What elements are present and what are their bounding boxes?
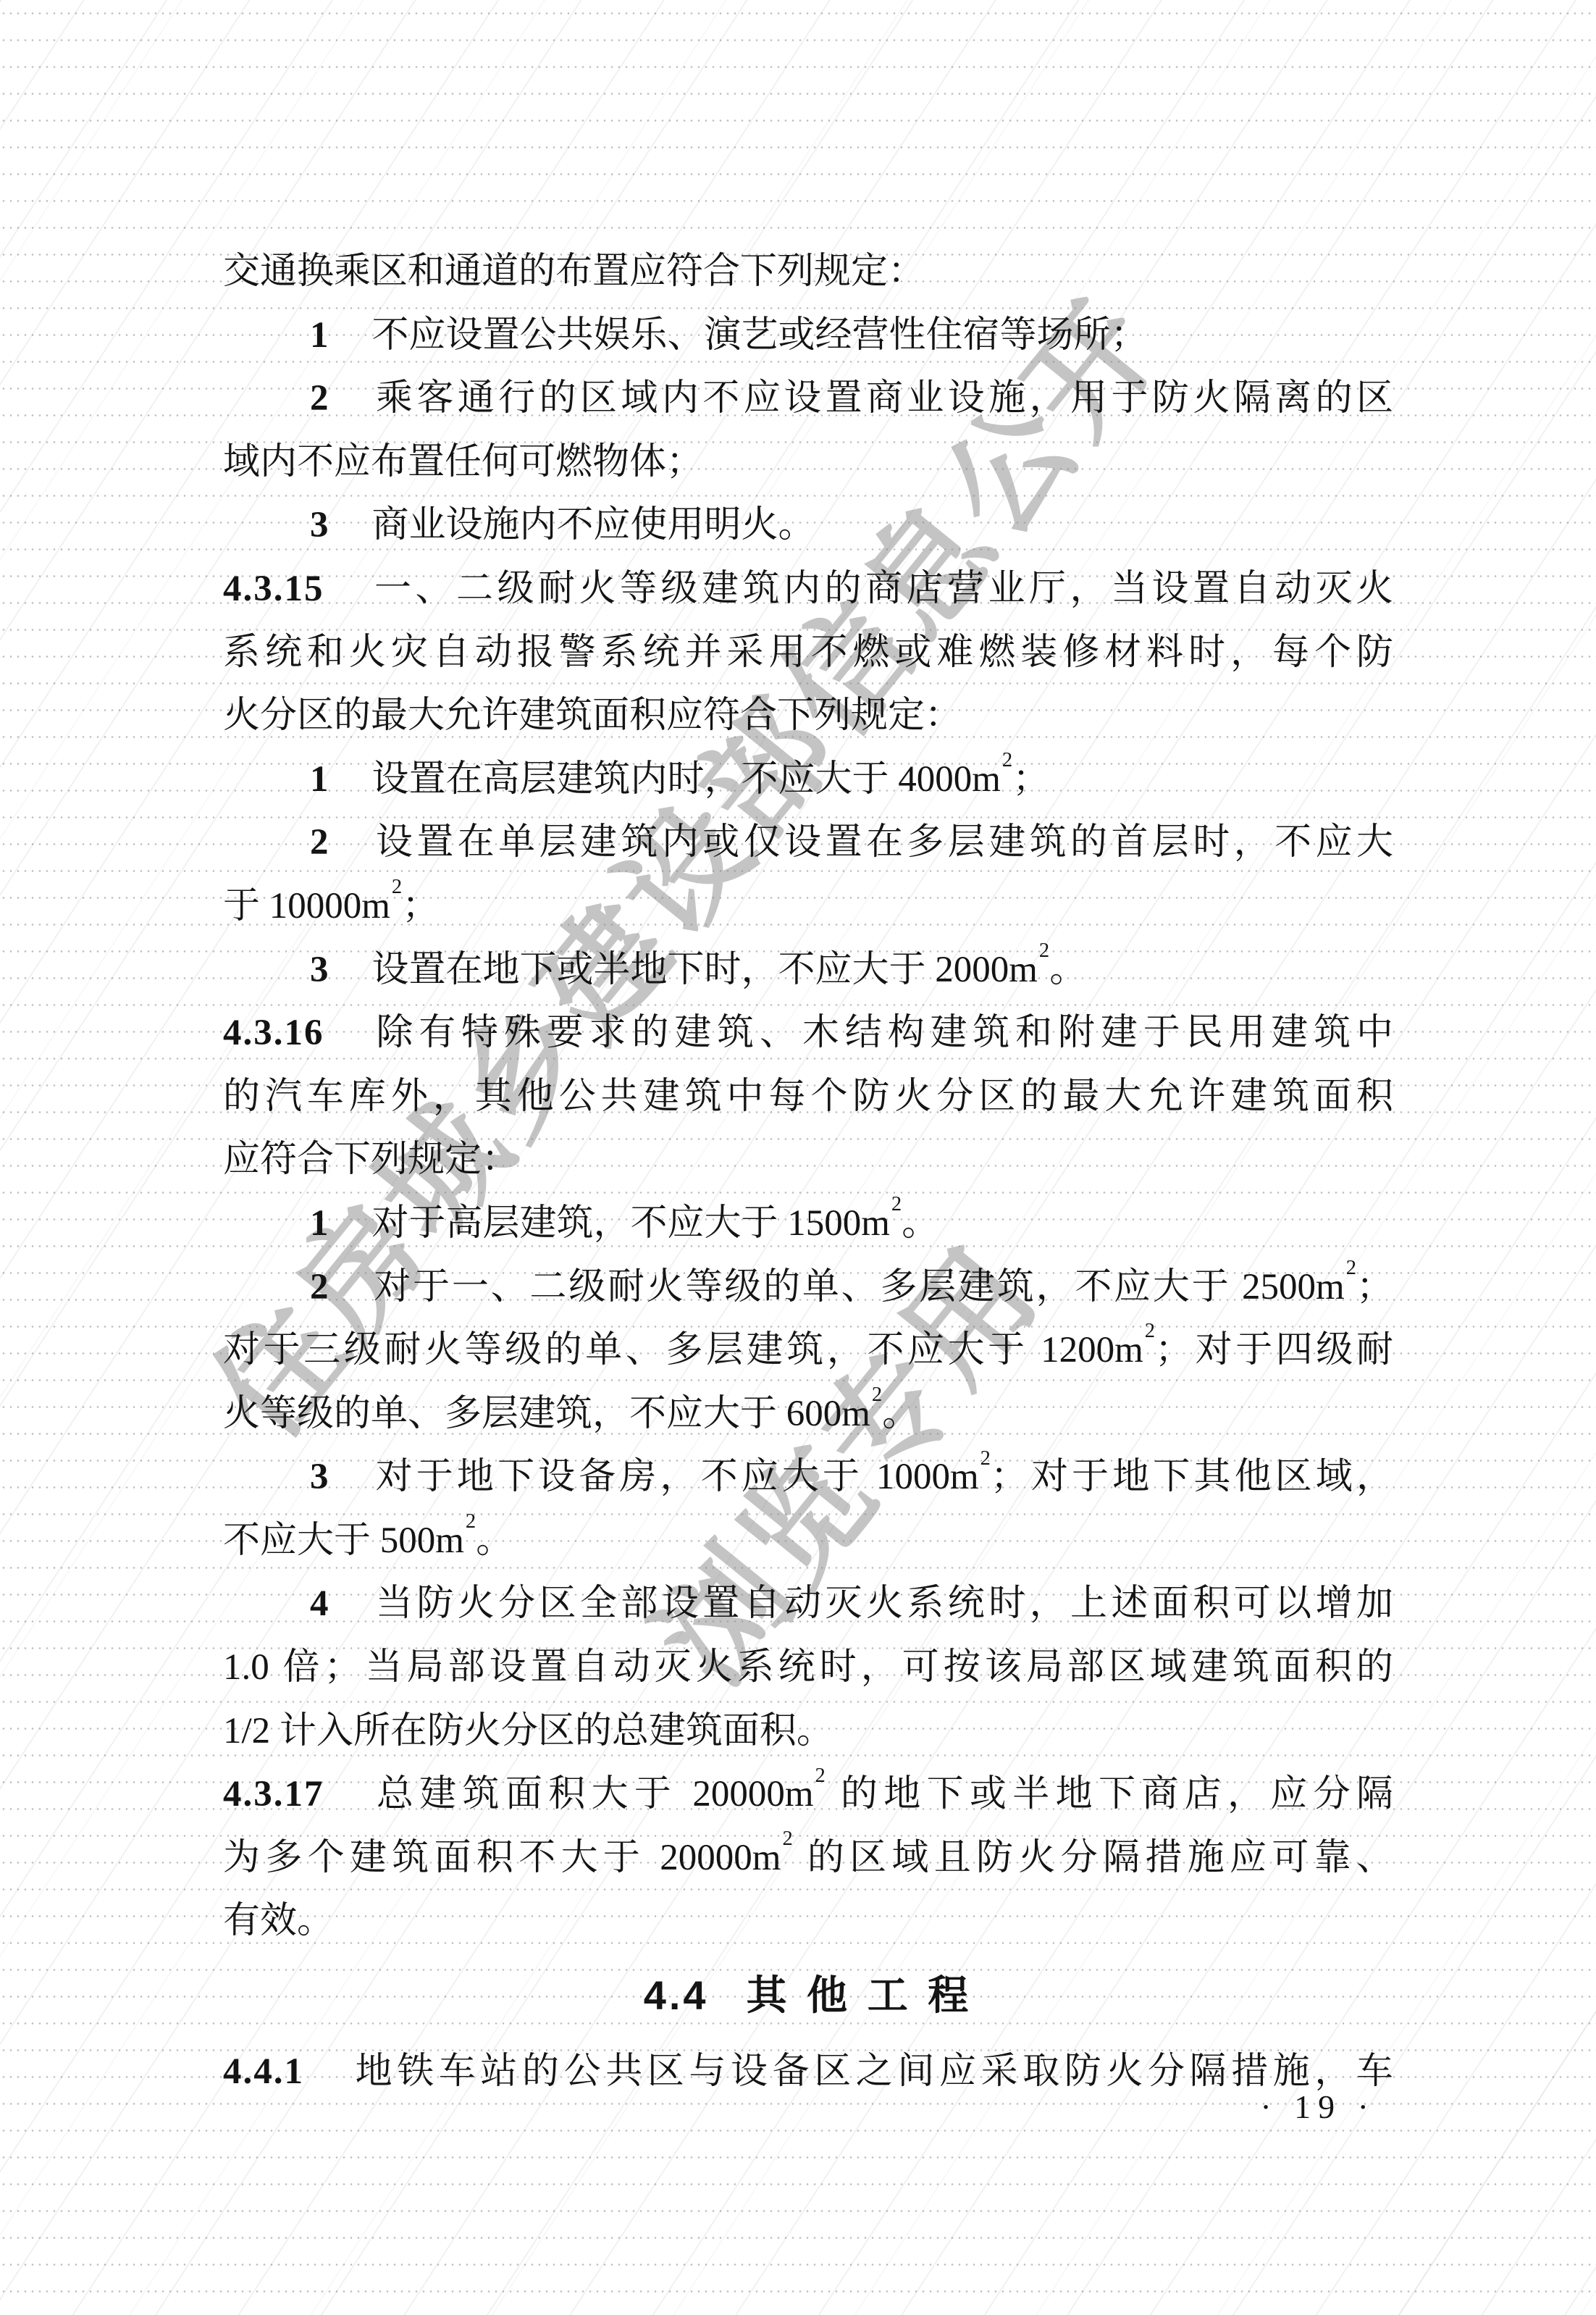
text-line: 4当防火分区全部设置自动灭火系统时，上述面积可以增加 [223,1573,1393,1636]
line-text: 设置在高层建筑内时，不应大于 4000m2； [372,759,1050,800]
line-text: 地铁车站的公共区与设备区之间应采取防火分隔措施，车 [350,2051,1393,2092]
text-line: 3设置在地下或半地下时，不应大于 2000m2。 [223,939,1393,1002]
text-line: 4.4.1地铁车站的公共区与设备区之间应采取防火分隔措施，车 [223,2040,1393,2104]
text-line: 1设置在高层建筑内时，不应大于 4000m2； [223,748,1393,812]
superscript: 2 [1039,939,1049,962]
line-text: 设置在单层建筑内或仅设置在多层建筑的首层时，不应大 [372,822,1394,863]
line-text: 交通换乘区和通道的布置应符合下列规定： [223,251,925,292]
text-line: 域内不应布置任何可燃物体； [223,431,1393,495]
line-text: 对于三级耐火等级的单、多层建筑，不应大于 1200m2；对于四级耐 [223,1330,1393,1370]
text-line: 系统和火灾自动报警系统并采用不燃或难燃装修材料时，每个防 [223,621,1393,685]
text-line: 2乘客通行的区域内不应设置商业设施，用于防火隔离的区 [223,367,1393,431]
text-line: 1/2 计入所在防火分区的总建筑面积。 [223,1700,1393,1764]
line-text: 1/2 计入所在防火分区的总建筑面积。 [223,1711,833,1751]
line-text: 对于地下设备房，不应大于 1000m2；对于地下其他区域， [372,1457,1394,1497]
line-text: 的汽车库外，其他公共建筑中每个防火分区的最大允许建筑面积 [223,1076,1393,1117]
item-number: 1 [310,315,329,356]
superscript: 2 [1346,1257,1356,1279]
line-text: 系统和火灾自动报警系统并采用不燃或难燃装修材料时，每个防 [223,632,1393,673]
superscript: 2 [466,1510,476,1533]
item-number: 2 [310,378,329,419]
item-number: 3 [310,950,329,990]
page-number: · 19 · [1260,2088,1376,2126]
text-line: 2对于一、二级耐火等级的单、多层建筑，不应大于 2500m2； [223,1256,1393,1320]
text-line: 为多个建筑面积不大于 20000m2 的区域且防火分隔措施应可靠、 [223,1827,1393,1891]
superscript: 2 [891,1193,902,1215]
superscript: 2 [392,876,402,898]
text-line: 于 10000m2； [223,875,1393,939]
superscript: 2 [980,1447,991,1470]
text-line: 有效。 [223,1890,1393,1954]
clause-number: 4.3.17 [223,1774,324,1814]
text-line: 1不应设置公共娱乐、演艺或经营性住宿等场所； [223,304,1393,368]
text-line: 1对于高层建筑，不应大于 1500m2。 [223,1192,1393,1256]
line-text: 其 他 工 程 [747,1972,973,2018]
clause-number: 4.3.16 [223,1013,324,1053]
text-line: 3对于地下设备房，不应大于 1000m2；对于地下其他区域， [223,1446,1393,1510]
text-line: 火等级的单、多层建筑，不应大于 600m2。 [223,1383,1393,1447]
text-line: 4.3.16除有特殊要求的建筑、木结构建筑和附建于民用建筑中 [223,1002,1393,1066]
text-line: 对于三级耐火等级的单、多层建筑，不应大于 1200m2；对于四级耐 [223,1319,1393,1383]
line-text: 不应大于 500m2。 [223,1520,513,1561]
item-number: 2 [310,1267,329,1307]
text-line: 2设置在单层建筑内或仅设置在多层建筑的首层时，不应大 [223,811,1393,875]
superscript: 2 [1145,1320,1155,1342]
superscript: 2 [1002,749,1012,771]
line-text: 火等级的单、多层建筑，不应大于 600m2。 [223,1394,919,1434]
line-text: 应符合下列规定： [223,1139,518,1180]
line-text: 当防火分区全部设置自动灭火系统时，上述面积可以增加 [372,1583,1394,1624]
line-text: 对于高层建筑，不应大于 1500m2。 [372,1203,939,1244]
item-number: 1 [310,1203,329,1244]
line-text: 火分区的最大允许建筑面积应符合下列规定： [223,695,962,736]
clause-number: 4.3.15 [223,569,324,609]
line-text: 对于一、二级耐火等级的单、多层建筑，不应大于 2500m2； [372,1267,1394,1307]
text-line: 3商业设施内不应使用明火。 [223,494,1393,558]
text-line: 4.3.15一、二级耐火等级建筑内的商店营业厅，当设置自动灭火 [223,558,1393,621]
item-number: 4 [310,1583,329,1624]
text-line: 应符合下列规定： [223,1129,1393,1192]
section-heading: 4.4其 他 工 程 [223,1961,1393,2030]
line-text: 总建筑面积大于 20000m2 的地下或半地下商店，应分隔 [371,1774,1394,1814]
line-text: 除有特殊要求的建筑、木结构建筑和附建于民用建筑中 [371,1013,1394,1053]
text-line: 4.3.17总建筑面积大于 20000m2 的地下或半地下商店，应分隔 [223,1763,1393,1827]
text-line: 火分区的最大允许建筑面积应符合下列规定： [223,685,1393,748]
clause-number: 4.4.1 [223,2051,304,2092]
text-line: 的汽车库外，其他公共建筑中每个防火分区的最大允许建筑面积 [223,1066,1393,1129]
item-number: 1 [310,759,329,800]
superscript: 2 [815,1764,826,1787]
line-text: 商业设施内不应使用明火。 [372,505,815,545]
line-text: 于 10000m2； [223,886,439,926]
line-text: 设置在地下或半地下时，不应大于 2000m2。 [372,950,1087,990]
text-line: 不应大于 500m2。 [223,1510,1393,1573]
line-text: 为多个建筑面积不大于 20000m2 的区域且防火分隔措施应可靠、 [223,1838,1393,1878]
line-text: 有效。 [223,1901,334,1941]
line-text: 乘客通行的区域内不应设置商业设施，用于防火隔离的区 [372,378,1394,419]
item-number: 3 [310,1457,329,1497]
document-page: 住房城乡建设部信息公开 浏览专用 交通换乘区和通道的布置应符合下列规定：1不应设… [0,0,1596,2315]
line-text: 不应设置公共娱乐、演艺或经营性住宿等场所； [372,315,1148,356]
item-number: 2 [310,822,329,863]
line-text: 一、二级耐火等级建筑内的商店营业厅，当设置自动灭火 [371,569,1394,609]
item-number: 3 [310,505,329,545]
superscript: 2 [782,1828,792,1850]
text-block: 交通换乘区和通道的布置应符合下列规定：1不应设置公共娱乐、演艺或经营性住宿等场所… [223,240,1393,2104]
superscript: 2 [872,1383,882,1406]
clause-number: 4.4 [644,1972,709,2018]
text-line: 交通换乘区和通道的布置应符合下列规定： [223,240,1393,304]
line-text: 域内不应布置任何可燃物体； [223,442,703,482]
text-line: 1.0 倍；当局部设置自动灭火系统时，可按该局部区域建筑面积的 [223,1636,1393,1700]
line-text: 1.0 倍；当局部设置自动灭火系统时，可按该局部区域建筑面积的 [223,1647,1393,1688]
